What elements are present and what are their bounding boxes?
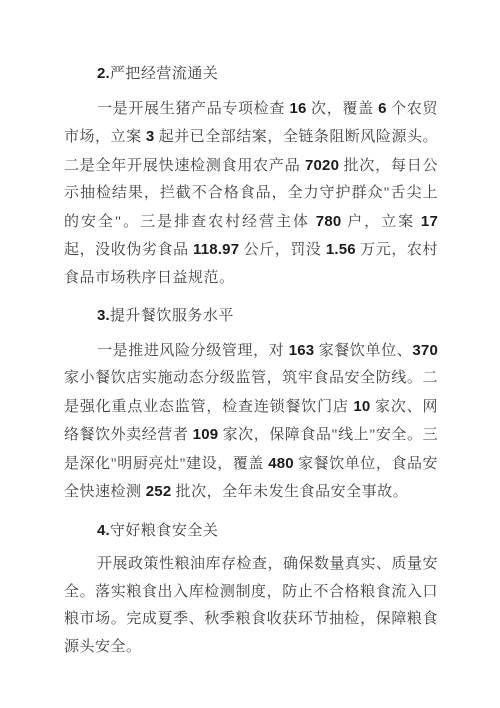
- text-segment: 守好粮食安全关: [110, 523, 219, 539]
- body-paragraph: 开展政策性粮油库存检查，确保数量真实、质量安全。落实粮食出入库检测制度，防止不合…: [64, 551, 438, 661]
- bold-number: 6: [378, 100, 387, 117]
- text-segment: 严把经营流通关: [110, 66, 219, 82]
- text-segment: 家餐饮单位、: [314, 343, 412, 359]
- bold-number: 10: [353, 398, 370, 415]
- text-segment: 一是推进风险分级管理，对: [97, 343, 289, 359]
- bold-number: 7020: [305, 157, 339, 174]
- section-heading: 2.严把经营流通关: [64, 60, 438, 89]
- bold-number: 480: [268, 455, 294, 472]
- bold-number: 2.: [97, 65, 110, 82]
- section-heading: 3.提升餐饮服务水平: [64, 302, 438, 331]
- text-segment: 开展政策性粮油库存检查，确保数量真实、质量安全。落实粮食出入库检测制度，防止不合…: [64, 556, 438, 655]
- text-segment: 户，立案: [341, 214, 420, 230]
- bold-number: 109: [193, 426, 219, 443]
- bold-number: 4.: [97, 522, 110, 539]
- bold-number: 118.97: [193, 241, 239, 258]
- bold-number: 1.56: [326, 241, 356, 258]
- bold-number: 163: [289, 342, 315, 359]
- bold-number: 16: [290, 100, 307, 117]
- text-segment: 公斤，罚没: [239, 242, 326, 258]
- bold-number: 370: [412, 342, 438, 359]
- text-segment: 起，没收伪劣食品: [64, 242, 193, 258]
- text-segment: 次，覆盖: [307, 101, 379, 117]
- bold-number: 3.: [97, 307, 110, 324]
- document-body: 2.严把经营流通关一是开展生猪产品专项检查 16 次，覆盖 6 个农贸市场，立案…: [64, 60, 438, 661]
- section-heading: 4.守好粮食安全关: [64, 517, 438, 546]
- document-page: 2.严把经营流通关一是开展生猪产品专项检查 16 次，覆盖 6 个农贸市场，立案…: [0, 0, 500, 708]
- bold-number: 252: [146, 483, 172, 500]
- bold-number: 17: [421, 213, 438, 230]
- body-paragraph: 一是推进风险分级管理，对 163 家餐饮单位、370 家小餐饮店实施动态分级监管…: [64, 337, 438, 507]
- text-segment: 提升餐饮服务水平: [110, 308, 234, 324]
- body-paragraph: 一是开展生猪产品专项检查 16 次，覆盖 6 个农贸市场，立案 3 起并已全部结…: [64, 95, 438, 293]
- text-segment: 一是开展生猪产品专项检查: [97, 101, 290, 117]
- text-segment: 批次，全年未发生食品安全事故。: [171, 484, 408, 500]
- bold-number: 780: [316, 213, 342, 230]
